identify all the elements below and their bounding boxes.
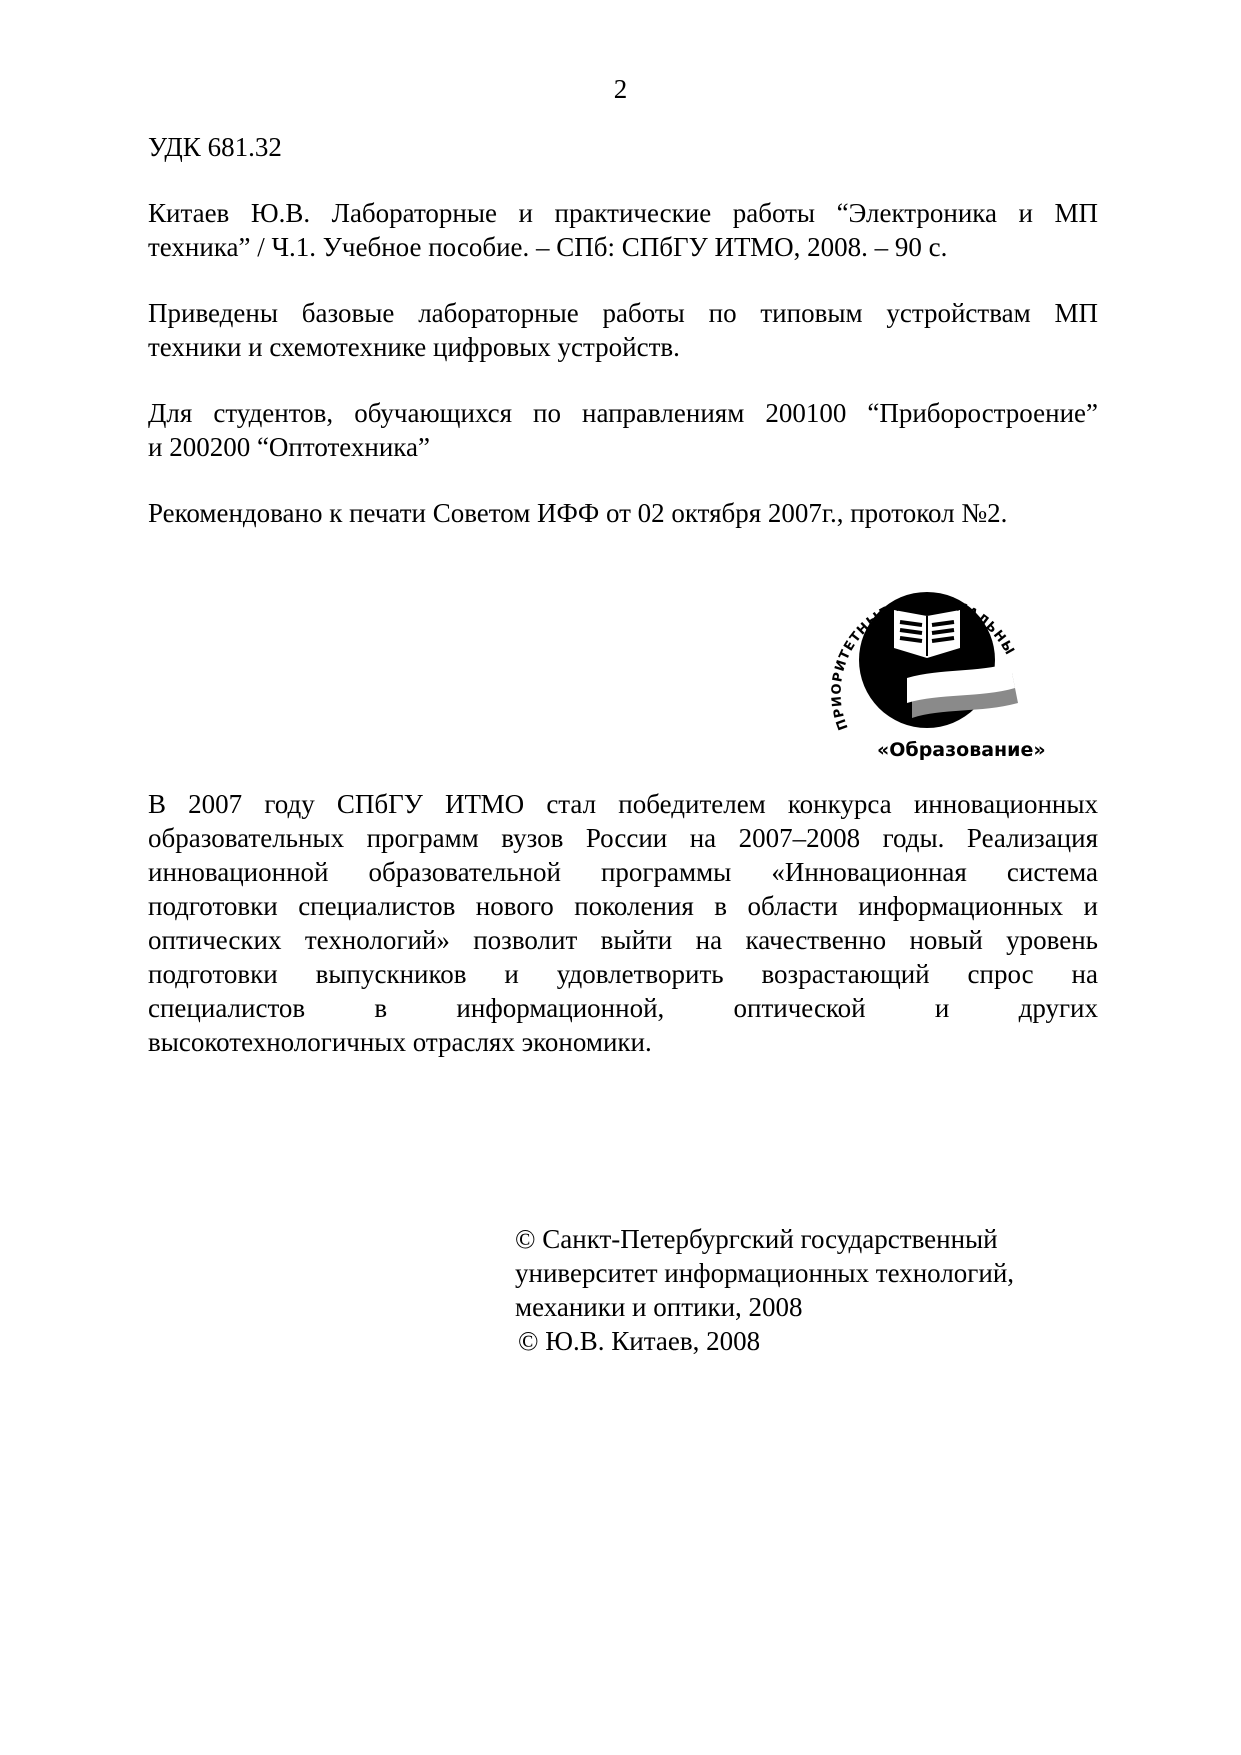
copyright-block: © Санкт-Петербургский государственный ун…: [515, 1222, 1075, 1358]
udk-code: УДК 681.32: [148, 130, 1098, 164]
copyright-line: университет информационных технологий,: [515, 1256, 1075, 1290]
copyright-line: © Ю.В. Китаев, 2008: [515, 1324, 1075, 1358]
biblio-line: техника” / Ч.1. Учебное пособие. – СПб: …: [148, 230, 1098, 264]
target-audience: Для студентов, обучающихся по направлени…: [148, 396, 1098, 464]
print-recommendation: Рекомендовано к печати Советом ИФФ от 02…: [148, 496, 1098, 530]
copyright-line: механики и оптики, 2008: [515, 1290, 1075, 1324]
innovation-paragraph: В 2007 году СПбГУ ИТМО стал победителем …: [148, 787, 1098, 1059]
abstract-line: техники и схемотехнике цифровых устройст…: [148, 330, 1098, 364]
paragraph-line: высокотехнологичных отраслях экономики.: [148, 1025, 1098, 1059]
page-number: 2: [0, 72, 1241, 106]
audience-line: Для студентов, обучающихся по направлени…: [148, 396, 1098, 430]
biblio-line: Китаев Ю.В. Лабораторные и практические …: [148, 196, 1098, 230]
logo-caption: «Образование»: [877, 739, 1046, 761]
paragraph-line: подготовки специалистов нового поколения…: [148, 889, 1098, 923]
paragraph-line: В 2007 году СПбГУ ИТМО стал победителем …: [148, 787, 1098, 821]
audience-line: и 200200 “Оптотехника”: [148, 430, 1098, 464]
paragraph-line: образовательных программ вузов России на…: [148, 821, 1098, 855]
abstract: Приведены базовые лабораторные работы по…: [148, 296, 1098, 364]
paragraph-line: инновационной образовательной программы …: [148, 855, 1098, 889]
abstract-line: Приведены базовые лабораторные работы по…: [148, 296, 1098, 330]
education-project-logo: ПРИОРИТЕТНЫЕ НАЦИОНАЛЬНЫЕ ПРОЕКТЫ «Образ…: [812, 568, 1072, 763]
paragraph-line: специалистов в информационной, оптическо…: [148, 991, 1098, 1025]
copyright-line: © Санкт-Петербургский государственный: [515, 1222, 1075, 1256]
paragraph-line: оптических технологий» позволит выйти на…: [148, 923, 1098, 957]
book-icon: [894, 610, 960, 658]
paragraph-line: подготовки выпускников и удовлетворить в…: [148, 957, 1098, 991]
bibliographic-reference: Китаев Ю.В. Лабораторные и практические …: [148, 196, 1098, 264]
